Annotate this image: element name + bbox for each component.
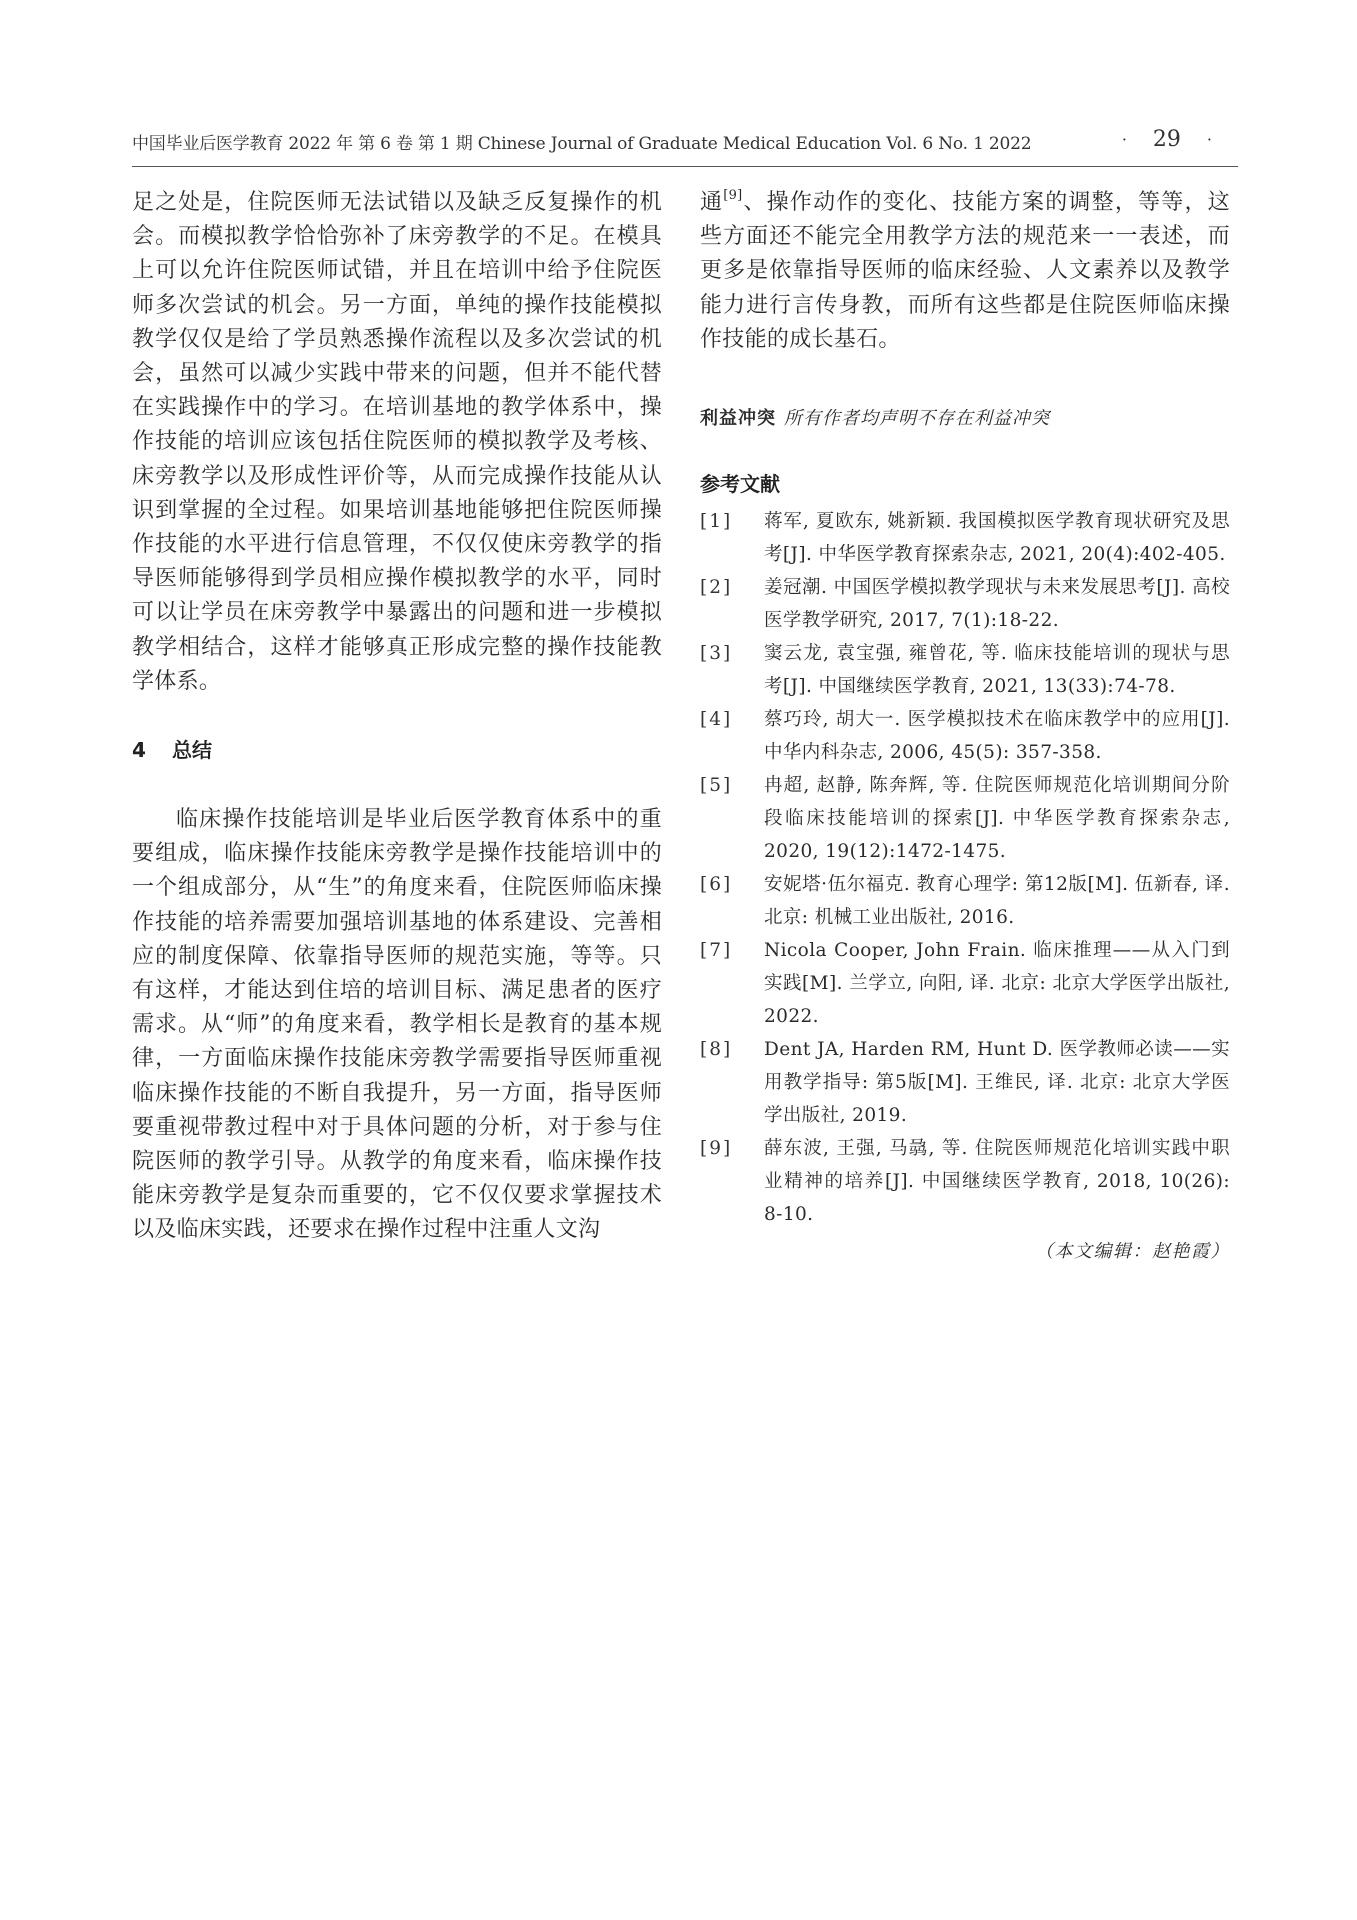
conflict-text: 所有作者均声明不存在利益冲突 <box>784 408 1050 429</box>
section-spacer <box>132 765 662 803</box>
conflict-of-interest: 利益冲突所有作者均声明不存在利益冲突 <box>700 405 1230 433</box>
conflict-label: 利益冲突 <box>700 408 776 429</box>
paragraph-rest: 、操作动作的变化、技能方案的调整，等等，这些方面还不能完全用教学方法的规范来一一… <box>700 190 1230 352</box>
reference-index: [6] <box>700 868 764 934</box>
reference-index: [5] <box>700 769 764 868</box>
reference-text: Nicola Cooper, John Frain. 临床推理——从入门到实践[… <box>764 934 1230 1033</box>
reference-index: [9] <box>700 1132 764 1231</box>
reference-text: 姜冠潮. 中国医学模拟教学现状与未来发展思考[J]. 高校医学教学研究, 201… <box>764 571 1230 637</box>
reference-item: [1]蒋军, 夏欧东, 姚新颖. 我国模拟医学教育现状研究及思考[J]. 中华医… <box>700 505 1230 571</box>
editor-note: （本文编辑：赵艳霞） <box>700 1237 1230 1267</box>
reference-index: [8] <box>700 1033 764 1132</box>
paragraph-continued-right: 通[9]、操作动作的变化、技能方案的调整，等等，这些方面还不能完全用教学方法的规… <box>700 186 1230 357</box>
reference-index: [4] <box>700 703 764 769</box>
citation-link[interactable]: [9] <box>723 188 742 203</box>
reference-text: 安妮塔·伍尔福克. 教育心理学: 第12版[M]. 伍新春, 译. 北京: 机械… <box>764 868 1230 934</box>
reference-item: [7]Nicola Cooper, John Frain. 临床推理——从入门到… <box>700 934 1230 1033</box>
reference-item: [3]窦云龙, 袁宝强, 雍曾花, 等. 临床技能培训的现状与思考[J]. 中国… <box>700 637 1230 703</box>
section-heading: 4总结 <box>132 735 662 765</box>
page-number-block: ·29· <box>1096 126 1238 154</box>
section-title: 总结 <box>172 738 212 762</box>
reference-text: 蒋军, 夏欧东, 姚新颖. 我国模拟医学教育现状研究及思考[J]. 中华医学教育… <box>764 505 1230 571</box>
reference-index: [1] <box>700 505 764 571</box>
reference-item: [4]蔡巧玲, 胡大一. 医学模拟技术在临床教学中的应用[J]. 中华内科杂志,… <box>700 703 1230 769</box>
reference-index: [7] <box>700 934 764 1033</box>
references-list: [1]蒋军, 夏欧东, 姚新颖. 我国模拟医学教育现状研究及思考[J]. 中华医… <box>700 505 1230 1231</box>
reference-text: 窦云龙, 袁宝强, 雍曾花, 等. 临床技能培训的现状与思考[J]. 中国继续医… <box>764 637 1230 703</box>
paragraph-continued: 足之处是，住院医师无法试错以及缺乏反复操作的机会。而模拟教学恰恰弥补了床旁教学的… <box>132 186 662 699</box>
running-header: 中国毕业后医学教育 2022 年 第 6 卷 第 1 期 Chinese Jou… <box>132 126 1238 167</box>
left-column: 足之处是，住院医师无法试错以及缺乏反复操作的机会。而模拟教学恰恰弥补了床旁教学的… <box>132 186 662 1248</box>
reference-text: 蔡巧玲, 胡大一. 医学模拟技术在临床教学中的应用[J]. 中华内科杂志, 20… <box>764 703 1230 769</box>
paragraph-summary: 临床操作技能培训是毕业后医学教育体系中的重要组成，临床操作技能床旁教学是操作技能… <box>132 803 662 1248</box>
reference-item: [8]Dent JA, Harden RM, Hunt D. 医学教师必读——实… <box>700 1033 1230 1132</box>
paragraph-start: 通 <box>700 190 723 215</box>
reference-index: [2] <box>700 571 764 637</box>
reference-text: 薛东波, 王强, 马骉, 等. 住院医师规范化培训实践中职业精神的培养[J]. … <box>764 1132 1230 1231</box>
page-dot-right: · <box>1207 130 1212 149</box>
reference-item: [6]安妮塔·伍尔福克. 教育心理学: 第12版[M]. 伍新春, 译. 北京:… <box>700 868 1230 934</box>
reference-item: [9]薛东波, 王强, 马骉, 等. 住院医师规范化培训实践中职业精神的培养[J… <box>700 1132 1230 1231</box>
reference-text: 冉超, 赵静, 陈奔辉, 等. 住院医师规范化培训期间分阶段临床技能培训的探索[… <box>764 769 1230 868</box>
page-number: 29 <box>1153 127 1181 152</box>
right-column: 通[9]、操作动作的变化、技能方案的调整，等等，这些方面还不能完全用教学方法的规… <box>700 186 1230 1267</box>
reference-item: [2]姜冠潮. 中国医学模拟教学现状与未来发展思考[J]. 高校医学教学研究, … <box>700 571 1230 637</box>
section-number: 4 <box>132 735 172 765</box>
reference-text: Dent JA, Harden RM, Hunt D. 医学教师必读——实用教学… <box>764 1033 1230 1132</box>
journal-running-title: 中国毕业后医学教育 2022 年 第 6 卷 第 1 期 Chinese Jou… <box>132 130 1031 158</box>
reference-index: [3] <box>700 637 764 703</box>
reference-item: [5]冉超, 赵静, 陈奔辉, 等. 住院医师规范化培训期间分阶段临床技能培训的… <box>700 769 1230 868</box>
page-dot-left: · <box>1122 130 1127 149</box>
references-heading: 参考文献 <box>700 469 1230 499</box>
